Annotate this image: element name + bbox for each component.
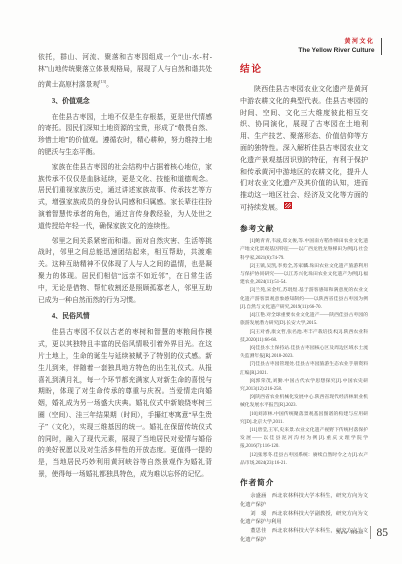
author-bio-heading: 作者简介 [240,478,368,487]
reference-item: [9]陕西省农业机械化发展中心.陕西省现代经济林果业机械化发展水平报告[R].2… [240,394,368,410]
page-footer: New West 85 [336,526,388,539]
section-tag-english: The Yellow River Culture [298,46,374,55]
author-bio-item: 余盛涵 西北农林科技大学本科生，研究方向为文化遗产保护 [240,492,368,510]
references-heading: 参考文献 [240,224,368,233]
paragraph-values: 在佳县古枣园，土地不仅是生存根基，更是世代情感的寄托。园民们深知土地资源的宝贵，… [38,112,212,159]
section-tag: 黄河文化 The Yellow River Culture [298,38,382,55]
reference-item: [11]唐莹,王军,史来景.农业文化遗产视野下传统村落保护发展——以佳县泥河沟村… [240,427,368,452]
reference-item: [2]王镇,吴凯,李勇全,苏家麟.垛田农业文化遗产旅游利用与保护协同研究——以江… [240,263,368,288]
article-end-icon [284,202,292,210]
conclusion-paragraph: 陕西佳县古枣园农业文化遗产是黄河中游农耕文化的典型代表。佳县古枣园的时间、空间、… [240,84,368,214]
paragraph-family: 家族在佳县古枣园的社会结构中占据着核心地位，家族传承不仅仅是血脉延续，更是文化、… [38,162,212,233]
journal-name: New West [336,530,363,536]
reference-item: [8]郭荣茂,刘勤.中国古代农学思想探究[J].中国农史研究,2013(12):… [240,378,368,394]
paragraph-text: 。 [106,81,113,88]
reference-item: [10]刘沛林.中国传统聚落景观基因图谱的构建与应用研究[D].北京大学,201… [240,411,368,427]
reference-item: [4]江艳.对全球重要农业文化遗产——陕西佳县古枣园的旅游发展潜力研究[D].长… [240,312,368,328]
left-column: 依托，群山、河流、聚落和古枣园组成一个“山-水-村-林”山地传统聚落立体景观格局… [38,52,212,484]
conclusion-heading: 结论 [240,64,368,75]
right-column: 结论 陕西佳县古枣园农业文化遗产是黄河中游农耕文化的典型代表。佳县古枣园的时间、… [240,64,368,545]
reference-item: [7]佳县古枣园管理处.佳县古枣园旅游生态农业手册资料汇编[R].2021. [240,361,368,377]
reference-item: [3]兰苑,宋金红,苏琨煜.基于游客感知和满意度的农业文化遗产游客景观意象感知制… [240,287,368,312]
author-bio-item: 刘 瑷 西北农林科技大学副教授，研究方向为文化遗产保护与利用 [240,510,368,528]
reference-item: [6]佳县水土保持站.佳县古枣园核心区及周边区域水土流失监测年报[R].2018… [240,345,368,361]
paragraph-folk-customs: 佳县古枣园不仅以古老的枣树和智慧的枣粮间作模式，更以其独特且丰富的民俗风情吸引着… [38,327,212,480]
section-tag-text: 黄河文化 The Yellow River Culture [298,38,374,55]
paragraph-landscape: 依托，群山、河流、聚落和古枣园组成一个“山-水-村-林”山地传统聚落立体景观格局… [38,52,212,91]
page-number: 85 [377,527,389,539]
subheading-values: 3、价值观念 [38,96,212,107]
footer-divider [370,526,371,539]
header-divider [381,38,383,55]
conclusion-text: 陕西佳县古枣园农业文化遗产是黄河中游农耕文化的典型代表。佳县古枣园的时间、空间、… [240,85,368,211]
subheading-folk-customs: 4、民俗风情 [38,311,212,322]
reference-item: [12]张寒冬.佳县古枣园系统：赓续自然时令之力[J].农产品市场,2024(2… [240,452,368,468]
reference-item: [5]王对香,康文哲,张名池.枣丰产栽培技术[J].陕西农业科技,2020(11… [240,329,368,345]
reference-item: [1]鲍青青,韦波,郑文俊,等.中国南方稻作梯田农业文化遗产地文化景观基因特征—… [240,238,368,263]
paragraph-neighbors: 邻里之间关系紧密而和谐。面对自然灾害、生活等挑战时，邻里之间总能迅速团结起来，相… [38,236,212,307]
paragraph-text: 依托，群山、河流、聚落和古枣园组成一个“山-水-村-林”山地传统聚落立体景观格局… [38,54,212,88]
journal-page: 黄河文化 The Yellow River Culture 依托，群山、河流、聚… [0,0,402,564]
references-list: [1]鲍青青,韦波,郑文俊,等.中国南方稻作梯田农业文化遗产地文化景观基因特征—… [240,238,368,468]
section-tag-chinese: 黄河文化 [298,38,374,46]
